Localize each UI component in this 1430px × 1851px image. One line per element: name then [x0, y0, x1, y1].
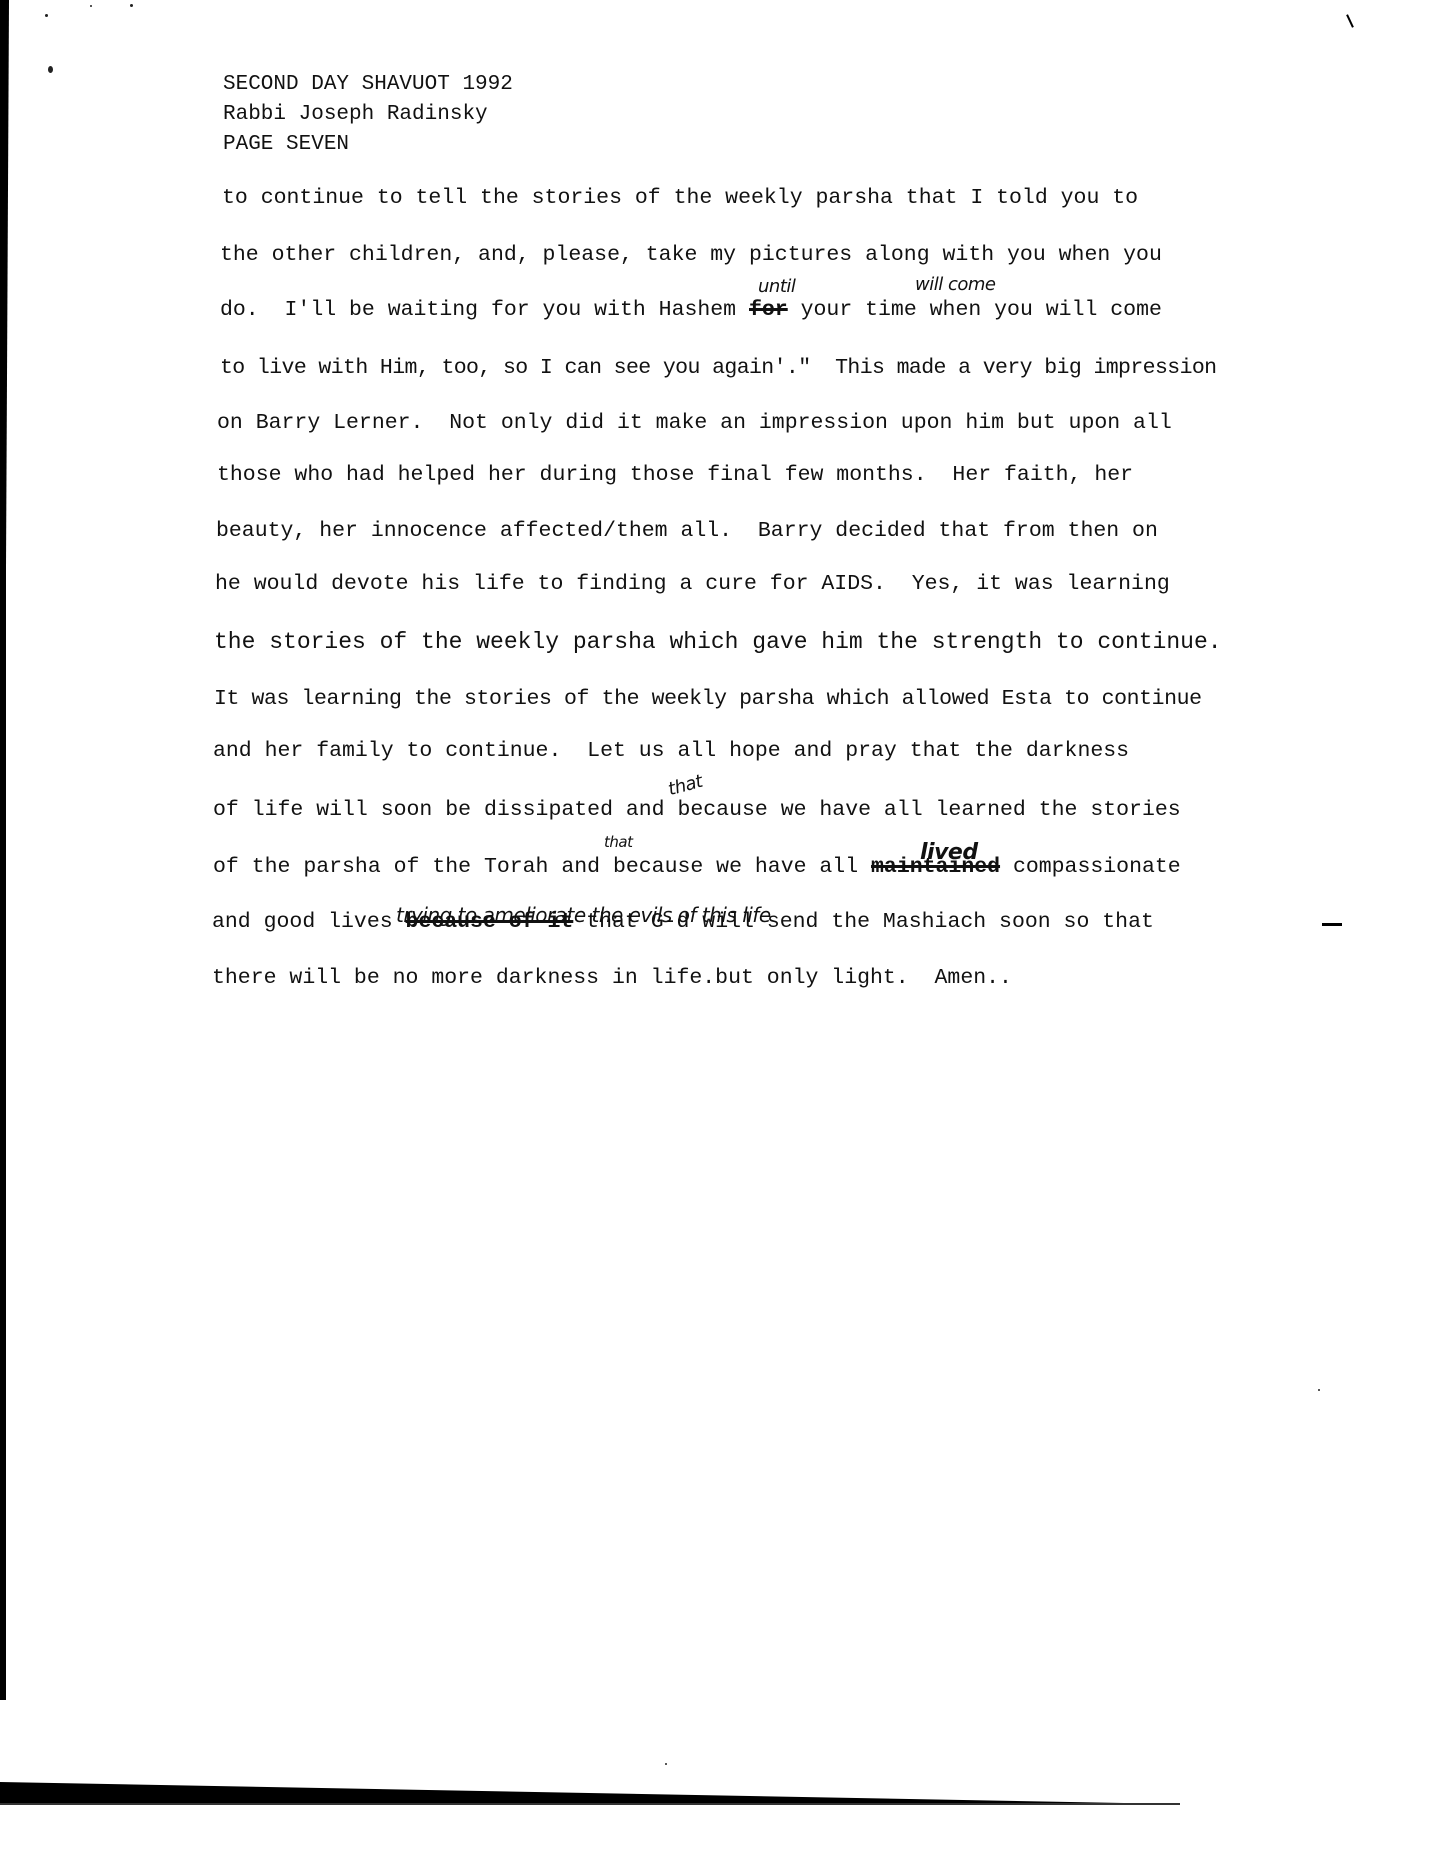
scan-bottom-edge	[0, 1782, 1175, 1804]
handwritten-lived: lived	[920, 840, 978, 865]
scan-speck	[90, 5, 92, 7]
handwritten-insertion: trying to ameliorate the evils of this l…	[396, 903, 771, 927]
body-line-1: to continue to tell the stories of the w…	[222, 185, 1138, 211]
scan-speck	[1318, 1389, 1320, 1391]
scanned-page: SECOND DAY SHAVUOT 1992 Rabbi Joseph Rad…	[0, 0, 1430, 1851]
body-line-12: of life will soon be dissipated and beca…	[213, 797, 1181, 823]
scan-bottom-line	[0, 1803, 1180, 1805]
struck-word: for	[749, 298, 788, 322]
scan-left-shadow	[0, 0, 9, 1700]
body-line-2: the other children, and, please, take my…	[220, 242, 1162, 268]
header-author: Rabbi Joseph Radinsky	[223, 100, 513, 130]
header-page: PAGE SEVEN	[223, 130, 513, 160]
scan-speck	[130, 4, 133, 7]
margin-tick-mark	[1346, 14, 1354, 28]
scan-speck	[48, 66, 53, 73]
body-line-11: and her family to continue. Let us all h…	[213, 738, 1129, 764]
header-title: SECOND DAY SHAVUOT 1992	[223, 70, 513, 100]
body-line-13: of the parsha of the Torah and because w…	[213, 854, 1181, 880]
body-line-10: It was learning the stories of the weekl…	[214, 686, 1202, 712]
body-line-3: do. I'll be waiting for you with Hashem …	[220, 297, 1162, 323]
handwritten-until: until	[758, 276, 795, 297]
body-line-6: those who had helped her during those fi…	[217, 462, 1133, 488]
handwritten-will-come: will come	[915, 274, 995, 295]
body-line-4: to live with Him, too, so I can see you …	[220, 355, 1216, 381]
body-line-15: there will be no more darkness in life.b…	[212, 965, 1012, 991]
body-line-9: the stories of the weekly parsha which g…	[214, 629, 1222, 655]
body-line-5: on Barry Lerner. Not only did it make an…	[217, 410, 1172, 436]
scan-speck	[45, 14, 48, 17]
document-header: SECOND DAY SHAVUOT 1992 Rabbi Joseph Rad…	[223, 70, 513, 160]
handwritten-that: that	[604, 833, 632, 851]
body-line-8: he would devote his life to finding a cu…	[215, 571, 1170, 597]
body-line-7: beauty, her innocence affected/them all.…	[216, 518, 1158, 544]
margin-dash-mark	[1322, 923, 1342, 926]
handwritten-that: that	[666, 771, 705, 800]
scan-speck	[665, 1763, 667, 1765]
